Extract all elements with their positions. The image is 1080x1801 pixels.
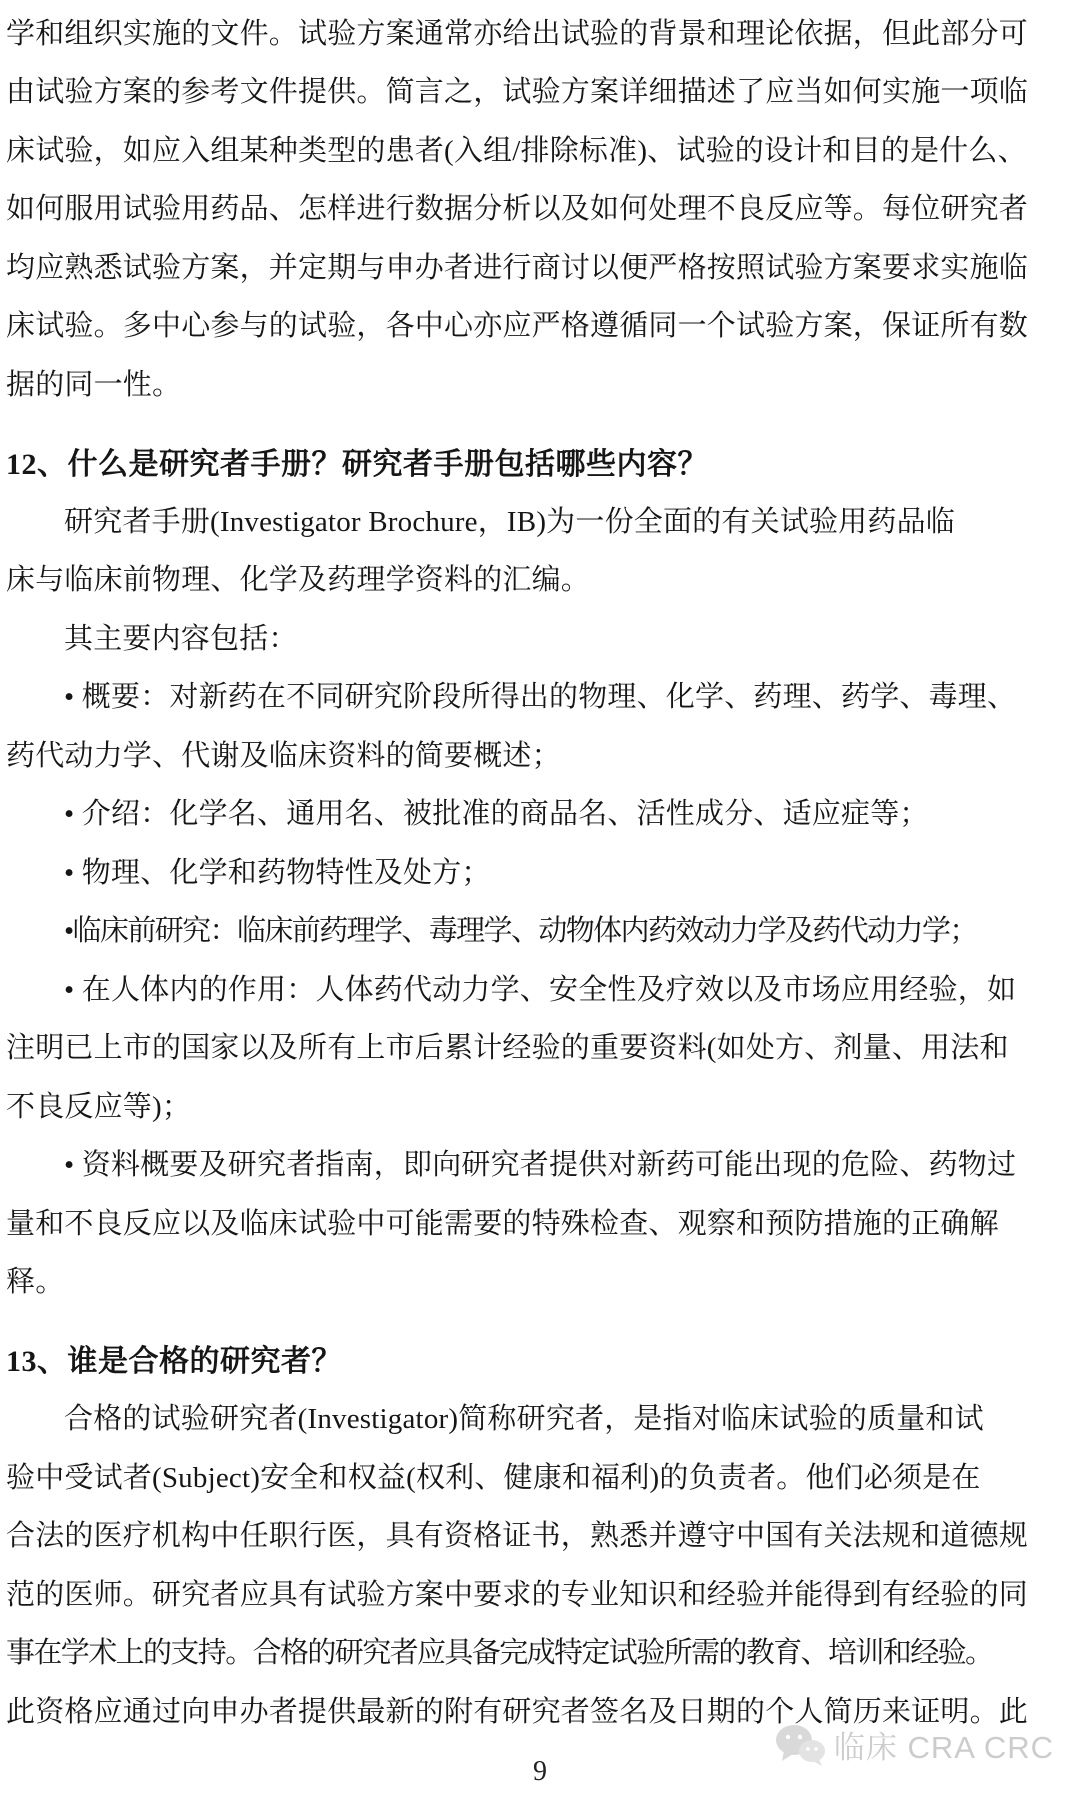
- text-line: 范的医师。研究者应具有试验方案中要求的专业知识和经验并能得到有经验的同: [6, 1563, 1052, 1622]
- text-line: 药代动力学、代谢及临床资料的简要概述；: [6, 724, 1052, 783]
- text-line: 事在学术上的支持。合格的研究者应具备完成特定试验所需的教育、培训和经验。: [6, 1622, 1052, 1681]
- text-line: • 物理、化学和药物特性及处方；: [6, 841, 1052, 900]
- text-line: 不良反应等)；: [6, 1075, 1052, 1134]
- text-line: 研究者手册(Investigator Brochure，IB)为一份全面的有关试…: [6, 490, 1052, 549]
- text-line: 验中受试者(Subject)安全和权益(权利、健康和福利)的负责者。他们必须是在: [6, 1446, 1052, 1505]
- section-heading: 13、谁是合格的研究者？: [6, 1329, 1052, 1388]
- text-line: •临床前研究：临床前药理学、毒理学、动物体内药效动力学及药代动力学；: [6, 900, 1052, 959]
- text-line: 如何服用试验用药品、怎样进行数据分析以及如何处理不良反应等。每位研究者: [6, 178, 1052, 237]
- text-line: 床与临床前物理、化学及药理学资料的汇编。: [6, 549, 1052, 608]
- text-line: 由试验方案的参考文件提供。简言之，试验方案详细描述了应当如何实施一项临: [6, 61, 1052, 120]
- text-line: • 介绍：化学名、通用名、被批准的商品名、活性成分、适应症等；: [6, 783, 1052, 842]
- text-line: 据的同一性。: [6, 353, 1052, 412]
- text-line: • 资料概要及研究者指南，即向研究者提供对新药可能出现的危险、药物过: [6, 1134, 1052, 1193]
- text-line: 注明已上市的国家以及所有上市后累计经验的重要资料(如处方、剂量、用法和: [6, 1017, 1052, 1076]
- text-line: 释。: [6, 1251, 1052, 1310]
- text-line: • 在人体内的作用：人体药代动力学、安全性及疗效以及市场应用经验，如: [6, 958, 1052, 1017]
- text-line: 床试验，如应入组某种类型的患者(入组/排除标准)、试验的设计和目的是什么、: [6, 119, 1052, 178]
- text-line: 床试验。多中心参与的试验，各中心亦应严格遵循同一个试验方案，保证所有数: [6, 295, 1052, 354]
- text-line: 学和组织实施的文件。试验方案通常亦给出试验的背景和理论依据，但此部分可: [6, 2, 1052, 61]
- text-content: 学和组织实施的文件。试验方案通常亦给出试验的背景和理论依据，但此部分可由试验方案…: [6, 2, 1052, 1739]
- text-line: 其主要内容包括：: [6, 607, 1052, 666]
- section-heading: 12、什么是研究者手册？研究者手册包括哪些内容？: [6, 432, 1052, 491]
- page-number: 9: [0, 1756, 1080, 1788]
- document-page: 学和组织实施的文件。试验方案通常亦给出试验的背景和理论依据，但此部分可由试验方案…: [0, 0, 1080, 1801]
- text-line: 合法的医疗机构中任职行医，具有资格证书，熟悉并遵守中国有关法规和道德规: [6, 1505, 1052, 1564]
- text-line: 合格的试验研究者(Investigator)简称研究者，是指对临床试验的质量和试: [6, 1388, 1052, 1447]
- text-line: 均应熟悉试验方案，并定期与申办者进行商讨以便严格按照试验方案要求实施临: [6, 236, 1052, 295]
- text-line: 量和不良反应以及临床试验中可能需要的特殊检查、观察和预防措施的正确解: [6, 1192, 1052, 1251]
- text-line: • 概要：对新药在不同研究阶段所得出的物理、化学、药理、药学、毒理、: [6, 666, 1052, 725]
